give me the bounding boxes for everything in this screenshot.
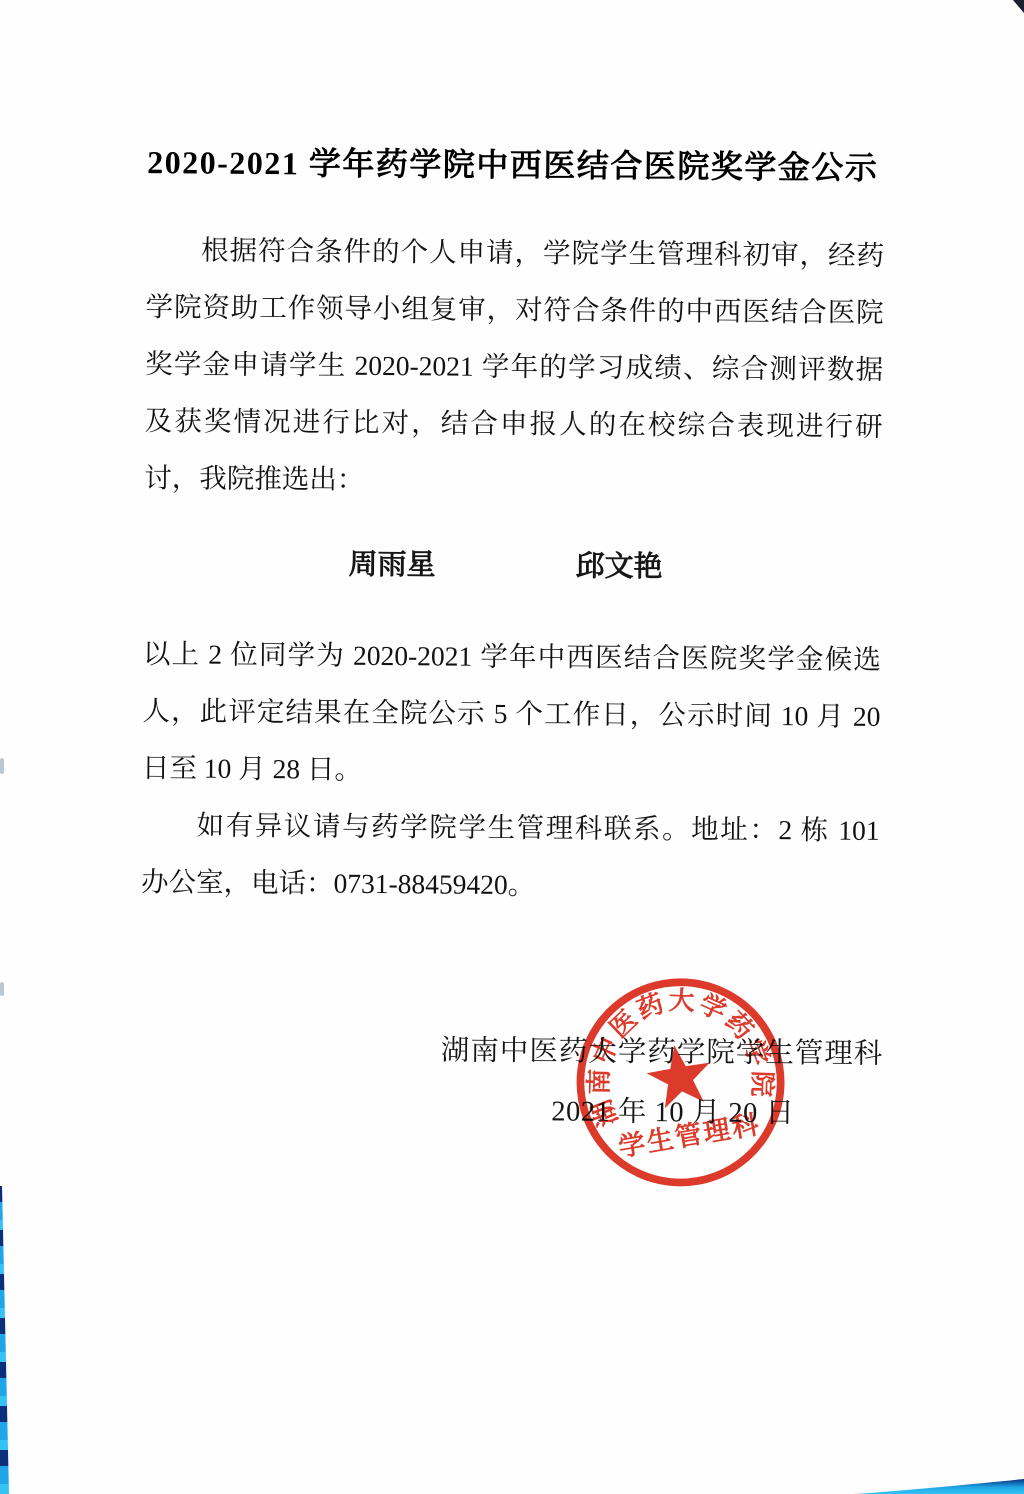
paragraph-line: 及获奖情况进行比对，结合申报人的在校综合表现进行研 [145,392,883,455]
paragraph-line: 奖学金申请学生 2020-2021 学年的学习成绩、综合测评数据 [145,335,883,398]
candidate-name: 周雨星 [348,545,435,586]
paragraph-line: 讨，我院推选出： [144,449,882,512]
paragraph-line: 日至 10 月 28 日。 [142,739,880,802]
candidate-names: 周雨星 邱文艳 [143,543,881,589]
seal-star-icon [643,1040,716,1111]
paragraph-line: 如有异议请与药学院学生管理科联系。地址：2 栋 101 [141,796,879,859]
paragraph-line: 以上 2 位同学为 2020-2021 学年中西医结合医院奖学金候选 [143,625,881,688]
paragraph-line: 学院资助工作领导小组复审，对符合条件的中西医结合医院 [145,278,883,341]
candidate-name: 邱文艳 [575,547,662,588]
document-content: 2020-2021 学年药学院中西医结合医院奖学金公示 根据符合条件的个人申请，… [0,0,1024,1494]
paragraph-contact: 如有异议请与药学院学生管理科联系。地址：2 栋 101 办公室，电话：0731-… [141,796,880,916]
paragraph-line: 根据符合条件的个人申请，学院学生管理科初审，经药 [146,221,884,284]
paragraph-intro: 根据符合条件的个人申请，学院学生管理科初审，经药 学院资助工作领导小组复审，对符… [144,221,884,512]
seal-bottom-text: 学生管理科 [616,1109,762,1162]
scan-speck-icon [0,982,4,996]
paragraph-line: 办公室，电话：0731-88459420。 [141,853,879,916]
paragraph-result: 以上 2 位同学为 2020-2021 学年中西医结合医院奖学金候选 人，此评定… [142,625,881,802]
document-title: 2020-2021 学年药学院中西医结合医院奖学金公示 [1,136,1024,190]
paragraph-line: 人，此评定结果在全院公示 5 个工作日，公示时间 10 月 20 [142,682,880,745]
scan-speck-icon [0,758,4,774]
official-seal: 湖南中医药大学药学院 学生管理科 [560,961,802,1203]
scanned-paper: 2020-2021 学年药学院中西医结合医院奖学金公示 根据符合条件的个人申请，… [0,0,1024,1494]
scanner-edge-bottom-right-icon [854,1477,1024,1494]
